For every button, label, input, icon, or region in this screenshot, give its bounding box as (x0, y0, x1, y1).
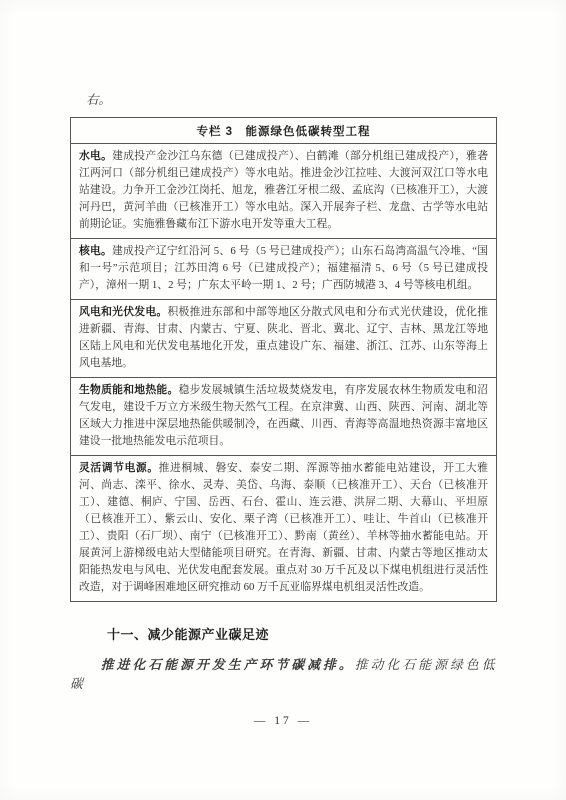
box-row-hydropower: 水电。建成投产金沙江乌东德（已建成投产）、白鹤滩（部分机组已建成投产），雅砻江两… (71, 144, 496, 238)
box-row-label: 灵活调节电源。 (79, 462, 159, 474)
box-row-text: 建成投产辽宁红沿河 5、6 号（5 号已建成投产）；山东石岛湾高温气冷堆、“国和… (79, 245, 488, 291)
paragraph-continuation: 右。 (70, 92, 497, 109)
box-row-nuclear: 核电。建成投产辽宁红沿河 5、6 号（5 号已建成投产）；山东石岛湾高温气冷堆、… (71, 238, 496, 299)
box-row-biomass-geothermal: 生物质能和地热能。稳步发展城镇生活垃圾焚烧发电，有序发展农林生物质发电和沼气发电… (71, 377, 496, 455)
box-row-flexible-power: 灵活调节电源。推进桐城、磐安、泰安二期、浑源等抽水蓄能电站建设，开工大雅河、尚志… (71, 455, 496, 601)
body-paragraph: 推进化石能源开发生产环节碳减排。推动化石能源绿色低碳 (70, 656, 497, 694)
document-page: 右。 专栏 3 能源绿色低碳转型工程 水电。建成投产金沙江乌东德（已建成投产）、… (0, 0, 566, 800)
box-row-wind-solar: 风电和光伏发电。积极推进东部和中部等地区分散式风电和分布式光伏建设，优化推进新疆… (71, 299, 496, 377)
feature-box-table: 专栏 3 能源绿色低碳转型工程 水电。建成投产金沙江乌东德（已建成投产）、白鹤滩… (70, 117, 497, 602)
box-row-label: 生物质能和地热能。 (79, 384, 179, 396)
page-content: 右。 专栏 3 能源绿色低碳转型工程 水电。建成投产金沙江乌东德（已建成投产）、… (70, 0, 497, 694)
section-heading: 十一、减少能源产业碳足迹 (70, 624, 497, 643)
page-number: — 17 — (0, 715, 566, 727)
box-row-label: 水电。 (79, 150, 112, 162)
box-row-label: 风电和光伏发电。 (79, 306, 168, 318)
paragraph-lead-sentence: 推进化石能源开发生产环节碳减排。 (101, 658, 355, 672)
box-row-text: 建成投产金沙江乌东德（已建成投产）、白鹤滩（部分机组已建成投产），雅砻江两河口（… (79, 150, 488, 230)
box-row-label: 核电。 (79, 245, 112, 257)
box-row-text: 推进桐城、磐安、泰安二期、浑源等抽水蓄能电站建设，开工大雅河、尚志、滦平、徐水、… (79, 462, 488, 593)
box-title: 专栏 3 能源绿色低碳转型工程 (71, 118, 496, 144)
